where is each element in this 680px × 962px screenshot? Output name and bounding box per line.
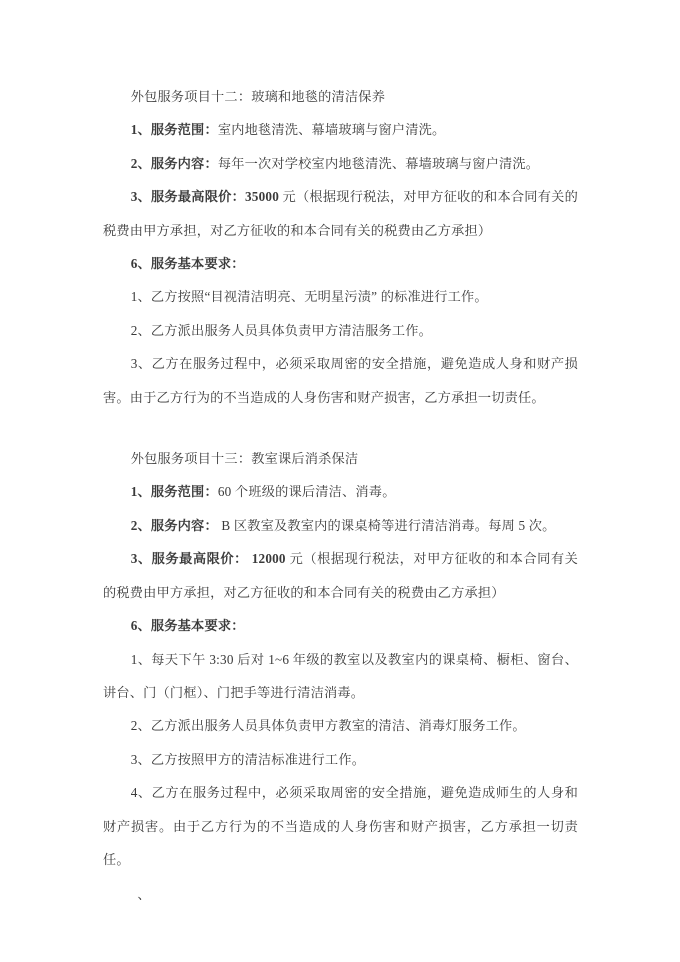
paragraph: 2、服务内容：每年一次对学校室内地毯清洗、幕墙玻璃与窗户清洗。 — [103, 147, 578, 180]
text-run: 1、服务范围： — [131, 484, 218, 499]
paragraph: 4、乙方在服务过程中，必须采取周密的安全措施，避免造成师生的人身和财产损害。由于… — [103, 776, 578, 876]
paragraph: 3、乙方按照甲方的清洁标准进行工作。 — [103, 743, 578, 776]
text-run: 1、每天下午 3:30 后对 1~6 年级的教室以及教室内的课桌椅、橱柜、窗台、… — [103, 652, 578, 700]
text-run: 2、乙方派出服务人员具体负责甲方教室的清洁、消毒灯服务工作。 — [131, 718, 526, 733]
document-screenshot: { "page": { "background": "#ffffff", "te… — [0, 0, 680, 962]
paragraph: 1、服务范围：室内地毯清洗、幕墙玻璃与窗户清洗。 — [103, 113, 578, 146]
paragraph: 2、乙方派出服务人员具体负责甲方教室的清洁、消毒灯服务工作。 — [103, 709, 578, 742]
text-run: 3、乙方在服务过程中，必须采取周密的安全措施，避免造成人身和财产损害。由于乙方行… — [103, 356, 578, 404]
paragraph: 1、每天下午 3:30 后对 1~6 年级的教室以及教室内的课桌椅、橱柜、窗台、… — [103, 643, 578, 710]
document-body: 外包服务项目十二：玻璃和地毯的清洁保养1、服务范围：室内地毯清洗、幕墙玻璃与窗户… — [103, 80, 578, 876]
text-run: 3、服务最高限价：35000 — [131, 189, 283, 204]
trailing-mark: 、 — [103, 878, 578, 911]
text-run: 2、服务内容： — [131, 156, 218, 171]
text-run: 1、乙方按照“目视清洁明亮、无明星污渍” 的标准进行工作。 — [131, 289, 488, 304]
paragraph: 3、乙方在服务过程中，必须采取周密的安全措施，避免造成人身和财产损害。由于乙方行… — [103, 347, 578, 414]
paragraph: 3、服务最高限价： 12000 元（根据现行税法，对甲方征收的和本合同有关的税费… — [103, 542, 578, 609]
text-run: 6、服务基本要求： — [131, 256, 245, 271]
text-run: 6、服务基本要求： — [131, 618, 245, 633]
text-run: 60 个班级的课后清洁、消毒。 — [218, 484, 396, 499]
text-run: 3、服务最高限价： 12000 — [131, 551, 290, 566]
paragraph: 1、乙方按照“目视清洁明亮、无明星污渍” 的标准进行工作。 — [103, 280, 578, 313]
service-section: 外包服务项目十二：玻璃和地毯的清洁保养1、服务范围：室内地毯清洗、幕墙玻璃与窗户… — [103, 80, 578, 414]
paragraph: 6、服务基本要求： — [103, 247, 578, 280]
text-run: 4、乙方在服务过程中，必须采取周密的安全措施，避免造成师生的人身和财产损害。由于… — [103, 785, 578, 867]
paragraph: 6、服务基本要求： — [103, 609, 578, 642]
section-heading: 外包服务项目十三：教室课后消杀保洁 — [103, 442, 578, 475]
section-heading: 外包服务项目十二：玻璃和地毯的清洁保养 — [103, 80, 578, 113]
paragraph: 3、服务最高限价：35000 元（根据现行税法，对甲方征收的和本合同有关的税费由… — [103, 180, 578, 247]
paragraph: 1、服务范围：60 个班级的课后清洁、消毒。 — [103, 475, 578, 508]
service-section: 外包服务项目十三：教室课后消杀保洁1、服务范围：60 个班级的课后清洁、消毒。2… — [103, 442, 578, 876]
text-run: 2、乙方派出服务人员具体负责甲方清洁服务工作。 — [131, 323, 432, 338]
text-run: 每年一次对学校室内地毯清洗、幕墙玻璃与窗户清洗。 — [218, 156, 539, 171]
paragraph: 2、乙方派出服务人员具体负责甲方清洁服务工作。 — [103, 314, 578, 347]
text-run: B 区教室及教室内的课桌椅等进行清洁消毒。每周 5 次。 — [218, 518, 556, 533]
text-run: 2、服务内容： — [131, 518, 218, 533]
paragraph: 2、服务内容： B 区教室及教室内的课桌椅等进行清洁消毒。每周 5 次。 — [103, 509, 578, 542]
text-run: 3、乙方按照甲方的清洁标准进行工作。 — [131, 752, 365, 767]
text-run: 室内地毯清洗、幕墙玻璃与窗户清洗。 — [218, 122, 446, 137]
text-run: 1、服务范围： — [131, 122, 218, 137]
document-page: 外包服务项目十二：玻璃和地毯的清洁保养1、服务范围：室内地毯清洗、幕墙玻璃与窗户… — [0, 0, 680, 962]
